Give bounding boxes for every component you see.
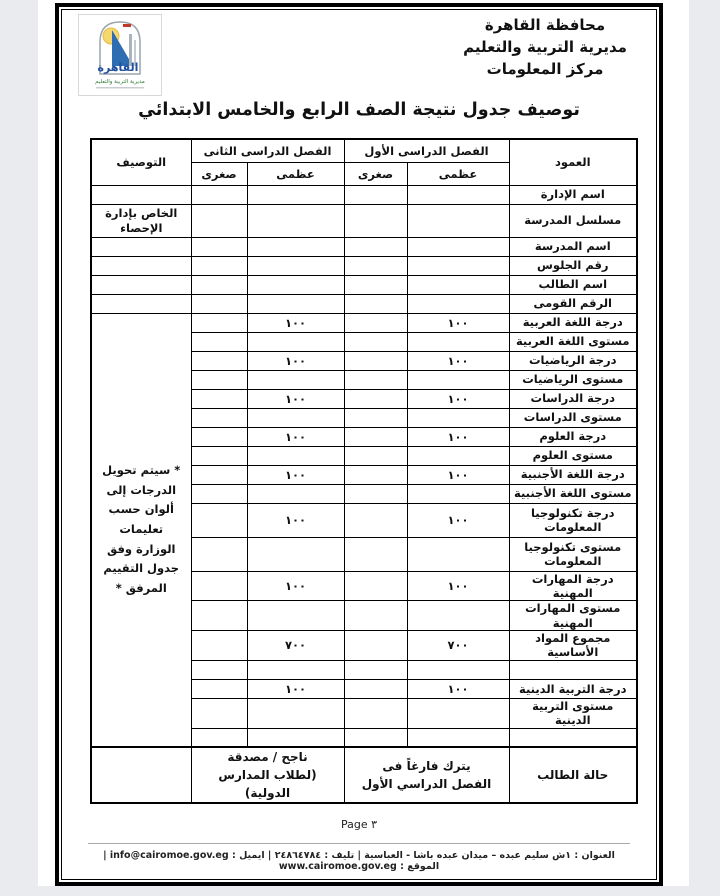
status-label-cell: حالة الطالب	[509, 747, 637, 803]
table-row: اسم الإدارة	[91, 185, 637, 204]
sem2-max-cell	[247, 446, 344, 465]
result-spec-table: العمود الفصل الدراسى الأول الفصل الدراسى…	[90, 138, 638, 804]
sem2-max-cell: ١٠٠	[247, 571, 344, 601]
sem1-max-cell: ١٠٠	[407, 313, 509, 332]
sem1-max-cell: ١٠٠	[407, 679, 509, 698]
contact-footer: العنوان : ١ش سليم عبده – ميدان عبده باشا…	[88, 843, 630, 872]
sem1-max-cell	[407, 294, 509, 313]
page-border-frame: القاهرة مديرية التربية والتعليم محافظة ا…	[55, 3, 663, 886]
sem2-min-cell	[191, 237, 247, 256]
column-name-cell: درجة العلوم	[509, 427, 637, 446]
sem2-max-cell	[247, 537, 344, 571]
column-name-cell: درجة الرياضيات	[509, 351, 637, 370]
description-cell	[91, 256, 191, 275]
sem2-max-cell	[247, 408, 344, 427]
status-sem2-cell: ناجح / مصدقة (لطلاب المدارس الدولية)	[191, 747, 344, 803]
column-name-cell	[509, 660, 637, 679]
sem2-max-cell: ١٠٠	[247, 503, 344, 537]
sem2-max-cell: ٧٠٠	[247, 631, 344, 661]
sem1-min-cell	[344, 601, 407, 631]
sem1-max-cell	[407, 275, 509, 294]
sem2-min-cell	[191, 571, 247, 601]
column-name-cell: مستوى تكنولوجيا المعلومات	[509, 537, 637, 571]
sem1-max-cell: ١٠٠	[407, 571, 509, 601]
org-line-directorate: مديرية التربية والتعليم	[440, 36, 650, 58]
sem2-min-cell	[191, 465, 247, 484]
column-name-cell: درجة التربية الدينية	[509, 679, 637, 698]
sem1-max-cell	[407, 332, 509, 351]
sem2-min-cell	[191, 408, 247, 427]
table-header: العمود الفصل الدراسى الأول الفصل الدراسى…	[91, 139, 637, 185]
header-semester-1: الفصل الدراسى الأول	[344, 139, 509, 162]
sem2-max-cell	[247, 237, 344, 256]
table-body: اسم الإدارة مسلسل المدرسة الخاص بإدارة ا…	[91, 185, 637, 747]
sem2-max-cell: ١٠٠	[247, 679, 344, 698]
column-name-cell: مستوى المهارات المهنية	[509, 601, 637, 631]
sem1-min-cell	[344, 660, 407, 679]
sem2-min-cell	[191, 698, 247, 728]
sem1-min-cell	[344, 446, 407, 465]
student-status-row: حالة الطالب يترك فارغاً فى الفصل الدراسي…	[91, 747, 637, 803]
sem2-min-cell	[191, 185, 247, 204]
sem1-max-cell: ٧٠٠	[407, 631, 509, 661]
description-cell	[91, 275, 191, 294]
column-name-cell: درجة المهارات المهنية	[509, 571, 637, 601]
header-sem2-max: عظمى	[247, 162, 344, 185]
header-sem2-min: صغرى	[191, 162, 247, 185]
sem2-max-cell	[247, 294, 344, 313]
sem2-min-cell	[191, 427, 247, 446]
sem1-min-cell	[344, 370, 407, 389]
page-content: القاهرة مديرية التربية والتعليم محافظة ا…	[64, 12, 654, 877]
sem1-max-cell	[407, 256, 509, 275]
org-line-info-center: مركز المعلومات	[440, 58, 650, 80]
sem1-min-cell	[344, 351, 407, 370]
sem2-min-cell	[191, 351, 247, 370]
column-name-cell: مستوى العلوم	[509, 446, 637, 465]
sem1-max-cell: ١٠٠	[407, 503, 509, 537]
column-name-cell: مستوى اللغة العربية	[509, 332, 637, 351]
sem2-max-cell: ١٠٠	[247, 351, 344, 370]
sem1-max-cell	[407, 370, 509, 389]
sem1-max-cell: ١٠٠	[407, 465, 509, 484]
sem2-max-cell: ١٠٠	[247, 389, 344, 408]
sem1-max-cell	[407, 237, 509, 256]
cairo-education-logo-icon: القاهرة مديرية التربية والتعليم	[78, 14, 162, 96]
column-name-cell: مستوى الدراسات	[509, 408, 637, 427]
sem2-min-cell	[191, 601, 247, 631]
sem2-min-cell	[191, 275, 247, 294]
background-strip-bottom	[0, 886, 720, 896]
sem1-max-cell	[407, 185, 509, 204]
sem2-max-cell	[247, 728, 344, 747]
page-number: Page ٣	[64, 818, 654, 831]
sem1-min-cell	[344, 389, 407, 408]
column-name-cell: اسم الإدارة	[509, 185, 637, 204]
sem1-min-cell	[344, 408, 407, 427]
page-border-inner: القاهرة مديرية التربية والتعليم محافظة ا…	[61, 9, 657, 880]
sem2-min-cell	[191, 389, 247, 408]
sem2-min-cell	[191, 631, 247, 661]
sem1-max-cell	[407, 601, 509, 631]
description-cell: الخاص بإدارة الإحصاء	[91, 204, 191, 237]
sem1-min-cell	[344, 537, 407, 571]
sem1-min-cell	[344, 427, 407, 446]
column-name-cell: اسم المدرسة	[509, 237, 637, 256]
sem2-max-cell: ١٠٠	[247, 427, 344, 446]
sem2-max-cell	[247, 698, 344, 728]
sem2-max-cell: ١٠٠	[247, 465, 344, 484]
sem1-min-cell	[344, 679, 407, 698]
column-name-cell: درجة الدراسات	[509, 389, 637, 408]
sem1-max-cell: ١٠٠	[407, 389, 509, 408]
column-name-cell: درجة تكنولوجيا المعلومات	[509, 503, 637, 537]
sem2-min-cell	[191, 679, 247, 698]
table-row: رقم الجلوس	[91, 256, 637, 275]
sem1-min-cell	[344, 503, 407, 537]
header-row-1: العمود الفصل الدراسى الأول الفصل الدراسى…	[91, 139, 637, 162]
sem1-max-cell: ١٠٠	[407, 351, 509, 370]
background-strip-left	[0, 0, 38, 896]
sem1-max-cell	[407, 660, 509, 679]
description-cell	[91, 185, 191, 204]
sem1-min-cell	[344, 571, 407, 601]
column-name-cell: اسم الطالب	[509, 275, 637, 294]
sem2-max-cell	[247, 332, 344, 351]
sem2-max-cell: ١٠٠	[247, 313, 344, 332]
sem2-max-cell	[247, 185, 344, 204]
sem2-max-cell	[247, 370, 344, 389]
sem1-min-cell	[344, 332, 407, 351]
column-name-cell: مستوى الرياضيات	[509, 370, 637, 389]
sem2-max-cell	[247, 256, 344, 275]
logo-subtitle-text: مديرية التربية والتعليم	[95, 79, 145, 85]
table-row: الرقم القومى	[91, 294, 637, 313]
sem1-max-cell	[407, 408, 509, 427]
description-cell	[91, 237, 191, 256]
sem1-max-cell	[407, 728, 509, 747]
sem2-min-cell	[191, 313, 247, 332]
sem1-max-cell	[407, 484, 509, 503]
status-sem1-cell: يترك فارغاً فى الفصل الدراسي الأول	[344, 747, 509, 803]
sem2-min-cell	[191, 660, 247, 679]
sem2-min-cell	[191, 446, 247, 465]
document-page: القاهرة مديرية التربية والتعليم محافظة ا…	[0, 0, 720, 896]
sem2-min-cell	[191, 484, 247, 503]
sem1-max-cell	[407, 204, 509, 237]
sem1-min-cell	[344, 484, 407, 503]
header-sem1-max: عظمى	[407, 162, 509, 185]
header-sem1-min: صغرى	[344, 162, 407, 185]
column-name-cell: الرقم القومى	[509, 294, 637, 313]
column-name-cell: مستوى اللغة الأجنبية	[509, 484, 637, 503]
page-title: توصيف جدول نتيجة الصف الرابع والخامس الا…	[64, 100, 654, 120]
header-semester-2: الفصل الدراسى الثانى	[191, 139, 344, 162]
sem2-max-cell	[247, 660, 344, 679]
colors-note-cell: * سيتم تحويل الدرجات إلى ألوان حسب تعليم…	[91, 313, 191, 747]
org-line-governorate: محافظة القاهرة	[440, 14, 650, 36]
sem2-min-cell	[191, 256, 247, 275]
table-row: اسم المدرسة	[91, 237, 637, 256]
sem2-min-cell	[191, 294, 247, 313]
column-name-cell: درجة اللغة الأجنبية	[509, 465, 637, 484]
sem2-min-cell	[191, 537, 247, 571]
column-name-cell: مستوى التربية الدينية	[509, 698, 637, 728]
column-name-cell: مجموع المواد الأساسية	[509, 631, 637, 661]
logo-title-text: القاهرة	[98, 61, 139, 74]
organization-header: محافظة القاهرة مديرية التربية والتعليم م…	[440, 14, 650, 80]
sem1-min-cell	[344, 698, 407, 728]
sem1-max-cell	[407, 446, 509, 465]
sem2-min-cell	[191, 332, 247, 351]
sem1-min-cell	[344, 204, 407, 237]
table-row: درجة اللغة العربية ١٠٠ ١٠٠ * سيتم تحويل …	[91, 313, 637, 332]
sem1-min-cell	[344, 294, 407, 313]
sem1-min-cell	[344, 631, 407, 661]
sem1-min-cell	[344, 275, 407, 294]
sem2-min-cell	[191, 728, 247, 747]
column-name-cell: درجة اللغة العربية	[509, 313, 637, 332]
header-description: التوصيف	[91, 139, 191, 185]
column-name-cell: رقم الجلوس	[509, 256, 637, 275]
sem1-min-cell	[344, 465, 407, 484]
sem2-max-cell	[247, 484, 344, 503]
sem1-min-cell	[344, 728, 407, 747]
table-status-body: حالة الطالب يترك فارغاً فى الفصل الدراسي…	[91, 747, 637, 803]
sem1-min-cell	[344, 256, 407, 275]
sem1-max-cell: ١٠٠	[407, 427, 509, 446]
sem1-min-cell	[344, 313, 407, 332]
sem1-min-cell	[344, 237, 407, 256]
column-name-cell: مسلسل المدرسة	[509, 204, 637, 237]
table-row: مسلسل المدرسة الخاص بإدارة الإحصاء	[91, 204, 637, 237]
sem2-min-cell	[191, 503, 247, 537]
sem2-min-cell	[191, 204, 247, 237]
sem1-max-cell	[407, 698, 509, 728]
status-desc-cell	[91, 747, 191, 803]
description-cell	[91, 294, 191, 313]
sem2-max-cell	[247, 275, 344, 294]
header-column: العمود	[509, 139, 637, 185]
sem2-min-cell	[191, 370, 247, 389]
sem2-max-cell	[247, 204, 344, 237]
column-name-cell	[509, 728, 637, 747]
background-strip-right	[689, 0, 720, 896]
table-row: اسم الطالب	[91, 275, 637, 294]
sem2-max-cell	[247, 601, 344, 631]
sem1-min-cell	[344, 185, 407, 204]
sem1-max-cell	[407, 537, 509, 571]
